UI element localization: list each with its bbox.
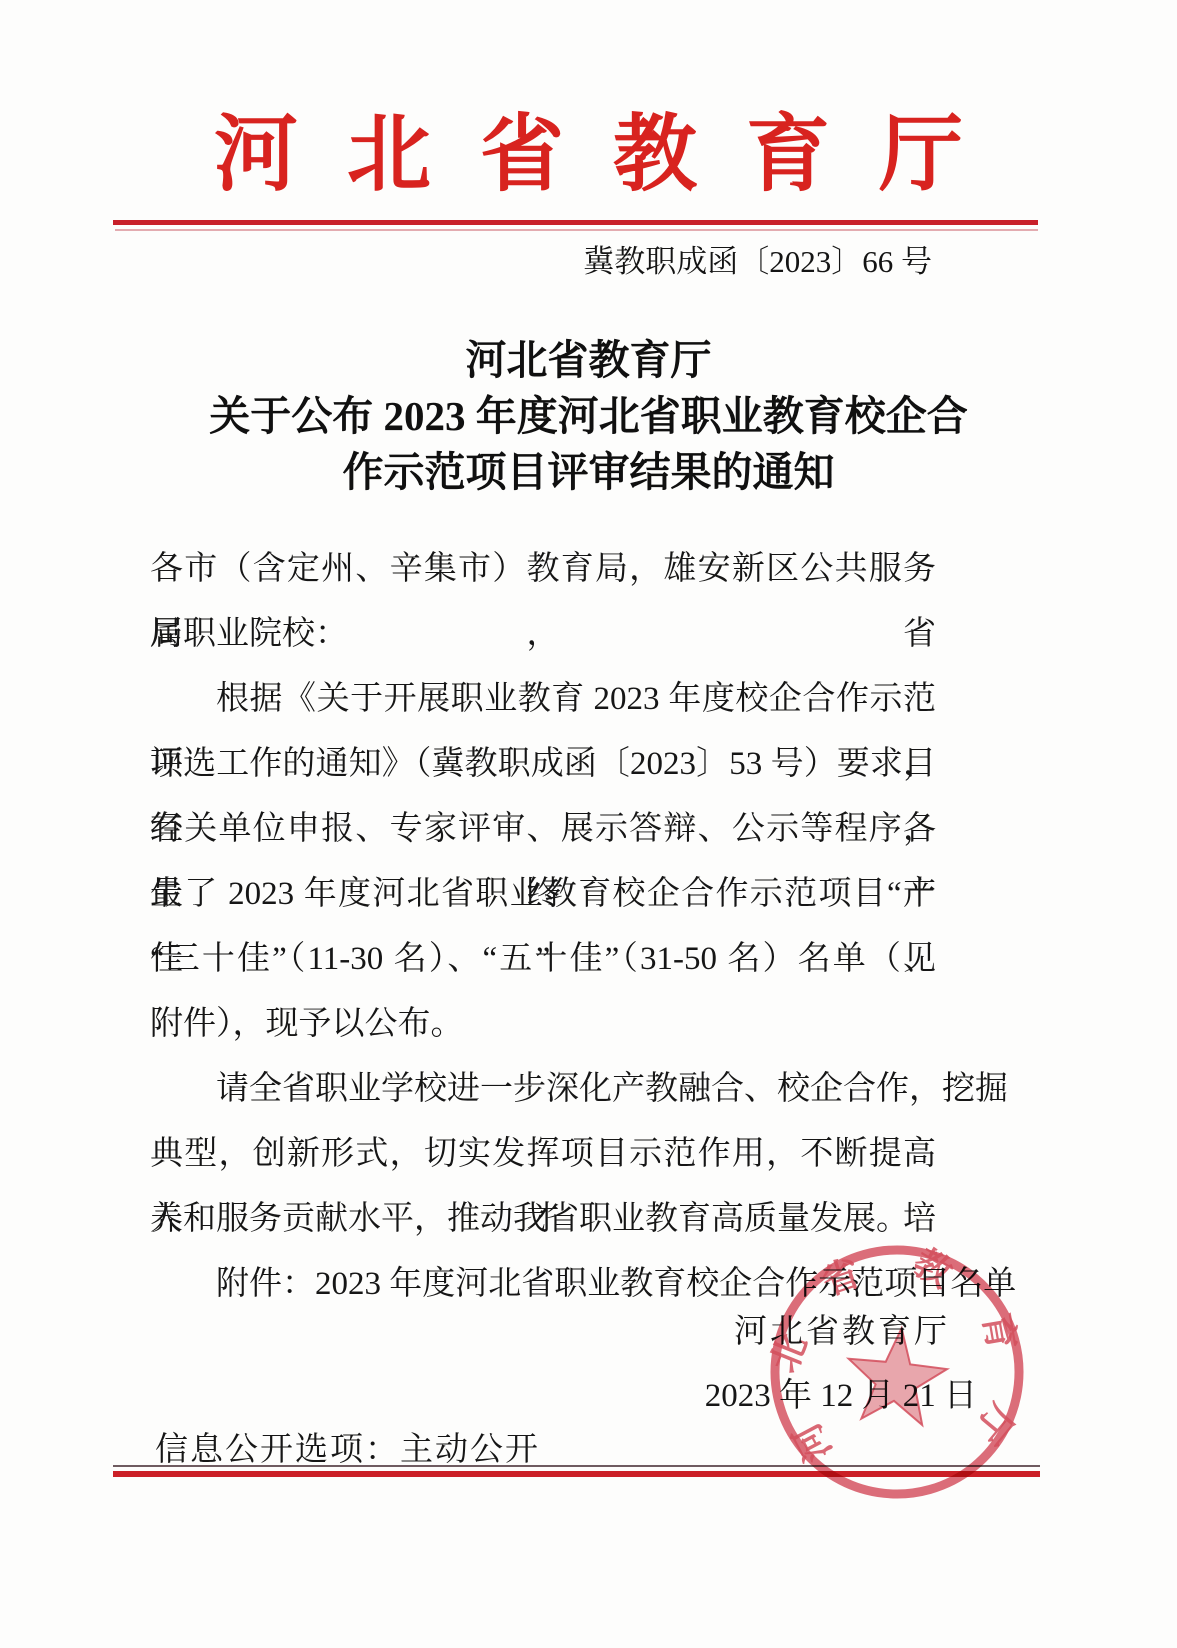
signature-agency: 河北省教育厅 xyxy=(734,1305,950,1352)
body-line: 附件），现予以公布。 xyxy=(150,992,936,1057)
document-paper: 河北省教育厅 冀教职成函〔2023〕66 号 河北省教育厅 关于公布 2023 … xyxy=(0,0,1177,1648)
header-rule-thick xyxy=(113,220,1038,225)
title-line-2: 关于公布 2023 年度河北省职业教育校企合 xyxy=(0,388,1177,444)
body-line: 评选工作的通知》（冀教职成函〔2023〕53 号）要求，经各 xyxy=(150,732,936,797)
body-line: 有关单位申报、专家评审、展示答辩、公示等程序，最终产 xyxy=(150,797,936,862)
info-disclosure-label: 信息公开选项：主动公开 xyxy=(155,1423,540,1470)
body-line: 养和服务贡献水平，推动我省职业教育高质量发展。 xyxy=(150,1187,936,1252)
footer-rule-thick xyxy=(113,1471,1040,1477)
body-line: 请全省职业学校进一步深化产教融合、校企合作，挖掘 xyxy=(150,1057,936,1122)
doc-number: 冀教职成函〔2023〕66 号 xyxy=(583,236,932,281)
body-text: 各市（含定州、辛集市）教育局，雄安新区公共服务局，省 属职业院校： 根据《关于开… xyxy=(150,537,936,1317)
signature-date: 2023 年 12 月 21 日 xyxy=(705,1369,977,1416)
document-title: 河北省教育厅 关于公布 2023 年度河北省职业教育校企合 作示范项目评审结果的… xyxy=(0,332,1177,500)
footer-rule-thin xyxy=(113,1465,1040,1467)
body-line: 根据《关于开展职业教育 2023 年度校企合作示范项目 xyxy=(150,667,936,732)
body-line: 典型，创新形式，切实发挥项目示范作用，不断提高人才培 xyxy=(150,1122,936,1187)
title-line-3: 作示范项目评审结果的通知 xyxy=(0,444,1177,500)
body-line: 生了 2023 年度河北省职业教育校企合作示范项目“十佳”、 xyxy=(150,862,936,927)
body-line: “三十佳”（11-30 名）、“五十佳”（31-50 名）名单（见 xyxy=(150,927,936,992)
body-line: 各市（含定州、辛集市）教育局，雄安新区公共服务局，省 xyxy=(150,537,936,602)
title-line-1: 河北省教育厅 xyxy=(0,332,1177,388)
agency-masthead: 河北省教育厅 xyxy=(0,112,1177,200)
header-rule-thin xyxy=(115,229,1038,231)
